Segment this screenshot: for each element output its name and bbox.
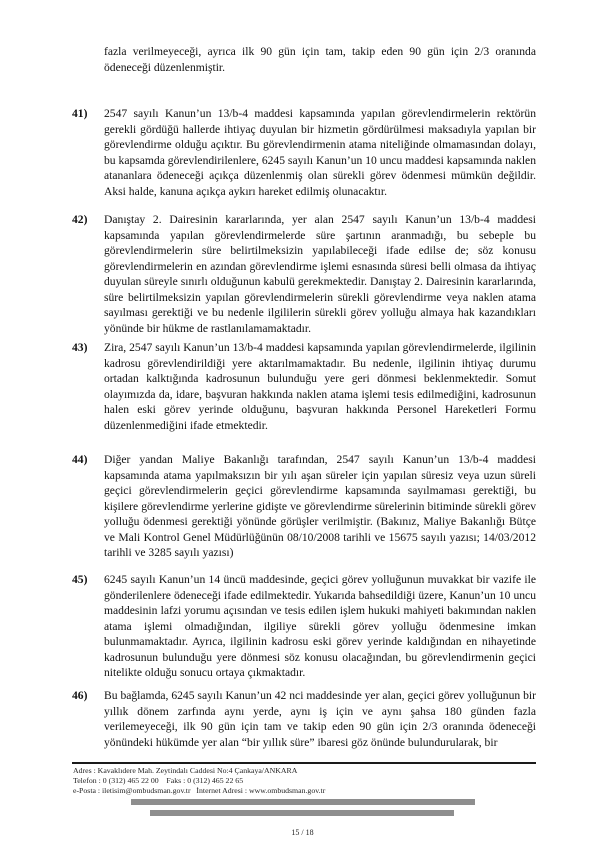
paragraph-text: Zira, 2547 sayılı Kanun’un 13/b-4 maddes… [104, 340, 536, 433]
footer-contact: e-Posta : iletisim@ombudsman.gov.tr İnte… [73, 786, 325, 796]
redaction-bar [131, 799, 475, 805]
paragraph-number: 43) [72, 340, 87, 356]
paragraph-number: 42) [72, 212, 87, 228]
paragraph-46: 46) Bu bağlamda, 6245 sayılı Kanun’un 42… [72, 688, 536, 750]
paragraph-text: Danıştay 2. Dairesinin kararlarında, yer… [104, 212, 536, 336]
page-number: 15 / 18 [0, 828, 605, 837]
continuation-paragraph: fazla verilmeyeceği, ayrıca ilk 90 gün i… [104, 44, 536, 75]
paragraph-44: 44) Diğer yandan Maliye Bakanlığı tarafı… [72, 452, 536, 561]
paragraph-number: 44) [72, 452, 87, 468]
paragraph-text: Bu bağlamda, 6245 sayılı Kanun’un 42 nci… [104, 688, 536, 750]
paragraph-text: 2547 sayılı Kanun’un 13/b-4 maddesi kaps… [104, 106, 536, 199]
paragraph-number: 45) [72, 572, 87, 588]
paragraph-number: 41) [72, 106, 87, 122]
paragraph-43: 43) Zira, 2547 sayılı Kanun’un 13/b-4 ma… [72, 340, 536, 433]
paragraph-number: 46) [72, 688, 87, 704]
footer: Adres : Kavaklıdere Mah. Zeytindalı Cadd… [73, 766, 325, 796]
document-page: fazla verilmeyeceği, ayrıca ilk 90 gün i… [0, 0, 605, 855]
footer-address: Adres : Kavaklıdere Mah. Zeytindalı Cadd… [73, 766, 325, 776]
paragraph-text: Diğer yandan Maliye Bakanlığı tarafından… [104, 452, 536, 561]
footer-phone: Telefon : 0 (312) 465 22 00 Faks : 0 (31… [73, 776, 325, 786]
paragraph-42: 42) Danıştay 2. Dairesinin kararlarında,… [72, 212, 536, 336]
paragraph-45: 45) 6245 sayılı Kanun’un 14 üncü maddesi… [72, 572, 536, 681]
footer-divider [72, 762, 536, 764]
paragraph-text: 6245 sayılı Kanun’un 14 üncü maddesinde,… [104, 572, 536, 681]
redaction-bar [150, 810, 454, 816]
paragraph-41: 41) 2547 sayılı Kanun’un 13/b-4 maddesi … [72, 106, 536, 199]
